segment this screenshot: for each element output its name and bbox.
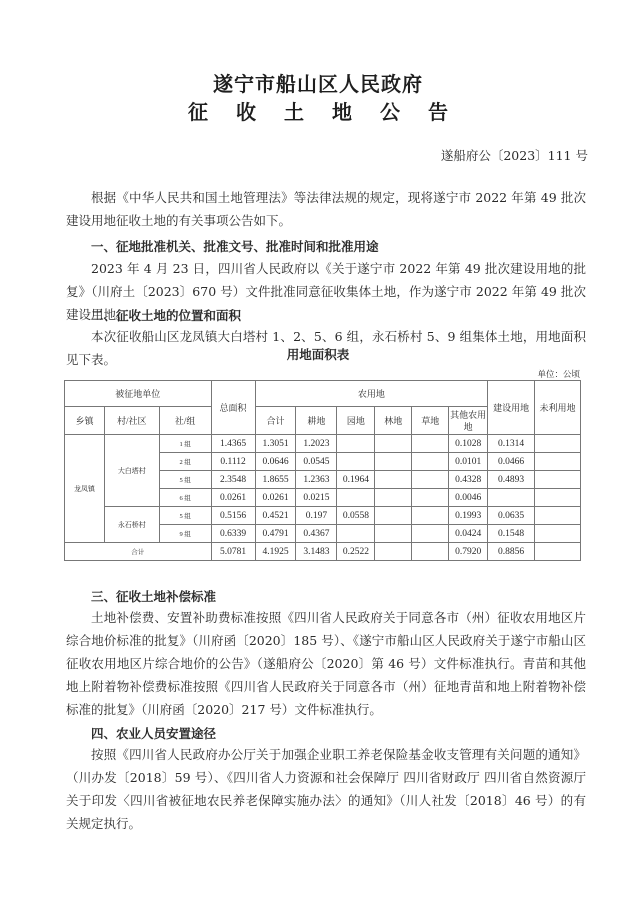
arable-cell: 0.197 (296, 507, 337, 525)
grass-cell (412, 453, 449, 471)
garden-cell: 0.2522 (337, 543, 375, 561)
forest-cell (375, 543, 412, 561)
grass-cell (412, 435, 449, 453)
table-unit: 单位：公顷 (537, 368, 580, 380)
header-unit-group: 被征地单位 (65, 381, 212, 407)
unused-cell (535, 507, 581, 525)
garden-cell: 0.0558 (337, 507, 375, 525)
arable-cell: 1.2363 (296, 471, 337, 489)
other-farm-cell: 0.0424 (449, 525, 488, 543)
arable-cell: 0.0215 (296, 489, 337, 507)
total-row-label: 合计 (65, 543, 212, 561)
farm-sum-cell: 0.4521 (255, 507, 296, 525)
forest-cell (375, 435, 412, 453)
garden-cell (337, 453, 375, 471)
arable-cell: 0.4367 (296, 525, 337, 543)
section4-body: 按照《四川省人民政府办公厅关于加强企业职工养老保险基金收支管理有关问题的通知》（… (66, 743, 586, 835)
forest-cell (375, 525, 412, 543)
farm-sum-cell: 1.8655 (255, 471, 296, 489)
title-char: 告 (428, 96, 448, 125)
construction-cell: 0.0466 (488, 453, 535, 471)
arable-cell: 1.2023 (296, 435, 337, 453)
total-cell: 0.6339 (211, 525, 255, 543)
construction-cell: 0.4893 (488, 471, 535, 489)
section1-heading: 一、征地批准机关、批准文号、批准时间和批准用途 (91, 237, 379, 255)
grass-cell (412, 525, 449, 543)
construction-cell (488, 489, 535, 507)
grass-cell (412, 489, 449, 507)
garden-cell (337, 525, 375, 543)
section3-heading: 三、征收土地补偿标准 (91, 587, 216, 605)
title-char: 征 (188, 96, 208, 125)
forest-cell (375, 489, 412, 507)
header-construction: 建设用地 (488, 381, 535, 435)
total-cell: 2.3548 (211, 471, 255, 489)
section2-heading: 二、征收土地的位置和面积 (91, 306, 241, 324)
farm-sum-cell: 0.0646 (255, 453, 296, 471)
total-cell: 1.4365 (211, 435, 255, 453)
village-cell: 永石桥村 (104, 507, 159, 543)
garden-cell (337, 489, 375, 507)
section3-body: 土地补偿费、安置补助费标准按照《四川省人民政府关于同意各市（州）征收农用地区片综… (66, 606, 586, 721)
farm-sum-cell: 0.4791 (255, 525, 296, 543)
total-cell: 0.0261 (211, 489, 255, 507)
construction-cell: 0.1314 (488, 435, 535, 453)
title-char: 土 (284, 96, 304, 125)
header-total: 总面积 (211, 381, 255, 435)
document-number: 遂船府公〔2023〕111 号 (441, 146, 588, 164)
unused-cell (535, 543, 581, 561)
forest-cell (375, 471, 412, 489)
garden-cell: 0.1964 (337, 471, 375, 489)
group-cell: 5 组 (159, 507, 211, 525)
farm-sum-cell: 0.0261 (255, 489, 296, 507)
header-arable: 耕地 (296, 407, 337, 435)
title-char: 收 (236, 96, 256, 125)
group-cell: 2 组 (159, 453, 211, 471)
forest-cell (375, 453, 412, 471)
header-farm-sum: 合计 (255, 407, 296, 435)
group-cell: 1 组 (159, 435, 211, 453)
farm-sum-cell: 4.1925 (255, 543, 296, 561)
title-char: 公 (380, 96, 400, 125)
header-grass: 草地 (412, 407, 449, 435)
header-farm-group: 农用地 (255, 381, 488, 407)
issuing-authority: 遂宁市船山区人民政府 (0, 68, 636, 97)
grass-cell (412, 471, 449, 489)
group-cell: 9 组 (159, 525, 211, 543)
header-forest: 林地 (375, 407, 412, 435)
grass-cell (412, 543, 449, 561)
intro-paragraph: 根据《中华人民共和国土地管理法》等法律法规的规定，现将遂宁市 2022 年第 4… (66, 186, 586, 232)
forest-cell (375, 507, 412, 525)
total-cell: 0.5156 (211, 507, 255, 525)
farm-sum-cell: 1.3051 (255, 435, 296, 453)
header-unused: 未利用地 (535, 381, 581, 435)
unused-cell (535, 453, 581, 471)
other-farm-cell: 0.4328 (449, 471, 488, 489)
other-farm-cell: 0.1028 (449, 435, 488, 453)
other-farm-cell: 0.0101 (449, 453, 488, 471)
unused-cell (535, 489, 581, 507)
header-other-farm: 其他农用地 (449, 407, 488, 435)
construction-cell: 0.8856 (488, 543, 535, 561)
construction-cell: 0.0635 (488, 507, 535, 525)
other-farm-cell: 0.1993 (449, 507, 488, 525)
title-char: 地 (332, 96, 352, 125)
village-cell: 大白塔村 (104, 435, 159, 507)
header-group: 社/组 (159, 407, 211, 435)
table-caption: 用地面积表 (0, 345, 636, 363)
unused-cell (535, 435, 581, 453)
arable-cell: 3.1483 (296, 543, 337, 561)
header-garden: 园地 (337, 407, 375, 435)
land-area-table: 被征地单位 总面积 农用地 建设用地 未利用地 乡镇 村/社区 社/组 合计 耕… (64, 380, 581, 561)
other-farm-cell: 0.0046 (449, 489, 488, 507)
section4-heading: 四、农业人员安置途径 (91, 724, 216, 742)
town-cell: 龙凤镇 (65, 435, 105, 543)
group-cell: 5 组 (159, 471, 211, 489)
grass-cell (412, 507, 449, 525)
unused-cell (535, 525, 581, 543)
header-village: 村/社区 (104, 407, 159, 435)
document-title: 征收土地公告 (0, 96, 636, 125)
group-cell: 6 组 (159, 489, 211, 507)
total-cell: 0.1112 (211, 453, 255, 471)
construction-cell: 0.1548 (488, 525, 535, 543)
unused-cell (535, 471, 581, 489)
arable-cell: 0.0545 (296, 453, 337, 471)
total-cell: 5.0781 (211, 543, 255, 561)
garden-cell (337, 435, 375, 453)
header-town: 乡镇 (65, 407, 105, 435)
other-farm-cell: 0.7920 (449, 543, 488, 561)
